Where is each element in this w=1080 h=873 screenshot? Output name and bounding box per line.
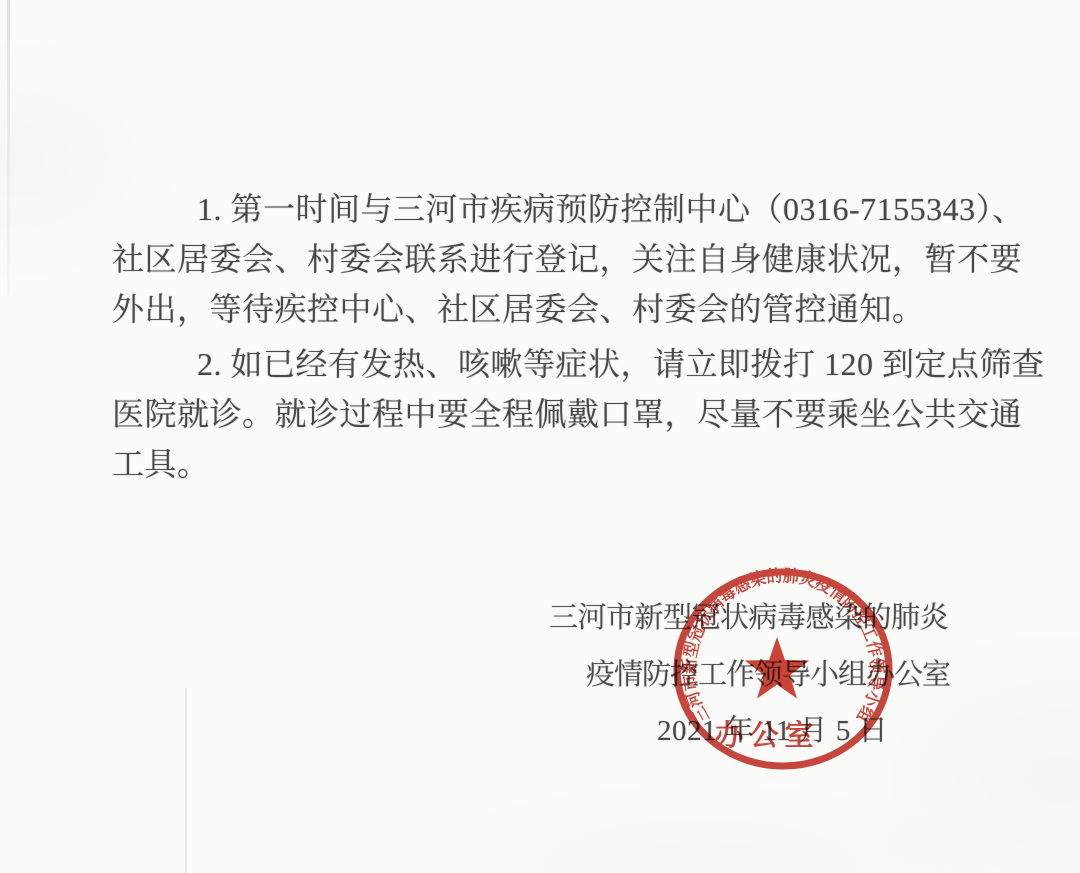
- paragraph-1: 1. 第一时间与三河市疾病预防控制中心（0316-7155343）、 社区居委会…: [112, 184, 1028, 334]
- text-line: 工具。: [112, 439, 1028, 489]
- official-seal: 三河市新型冠状病毒感染的肺炎疫情防控工作领导小组 办公室: [663, 549, 903, 789]
- text-line: 2. 如已经有发热、咳嗽等症状，请立即拨打 120 到定点筛查: [112, 339, 1028, 389]
- text-line: 1. 第一时间与三河市疾病预防控制中心（0316-7155343）、: [112, 184, 1028, 234]
- notice-body: 1. 第一时间与三河市疾病预防控制中心（0316-7155343）、 社区居委会…: [112, 184, 1028, 489]
- scan-left-edge-line: [7, 0, 10, 295]
- paragraph-2: 2. 如已经有发热、咳嗽等症状，请立即拨打 120 到定点筛查 医院就诊。就诊过…: [112, 339, 1028, 489]
- text-line: 外出，等待疾控中心、社区居委会、村委会的管控通知。: [112, 284, 1028, 334]
- text-line: 医院就诊。就诊过程中要全程佩戴口罩，尽量不要乘坐公共交通: [112, 389, 1028, 439]
- scan-crease-line: [185, 688, 187, 873]
- document-page: 1. 第一时间与三河市疾病预防控制中心（0316-7155343）、 社区居委会…: [0, 0, 1080, 873]
- seal-ring-text: 三河市新型冠状病毒感染的肺炎疫情防控工作领导小组: [679, 565, 887, 726]
- red-star-icon: [745, 637, 810, 699]
- text-line: 社区居委会、村委会联系进行登记，关注自身健康状况，暂不要: [112, 234, 1028, 284]
- seal-bottom-text: 办公室: [714, 719, 819, 752]
